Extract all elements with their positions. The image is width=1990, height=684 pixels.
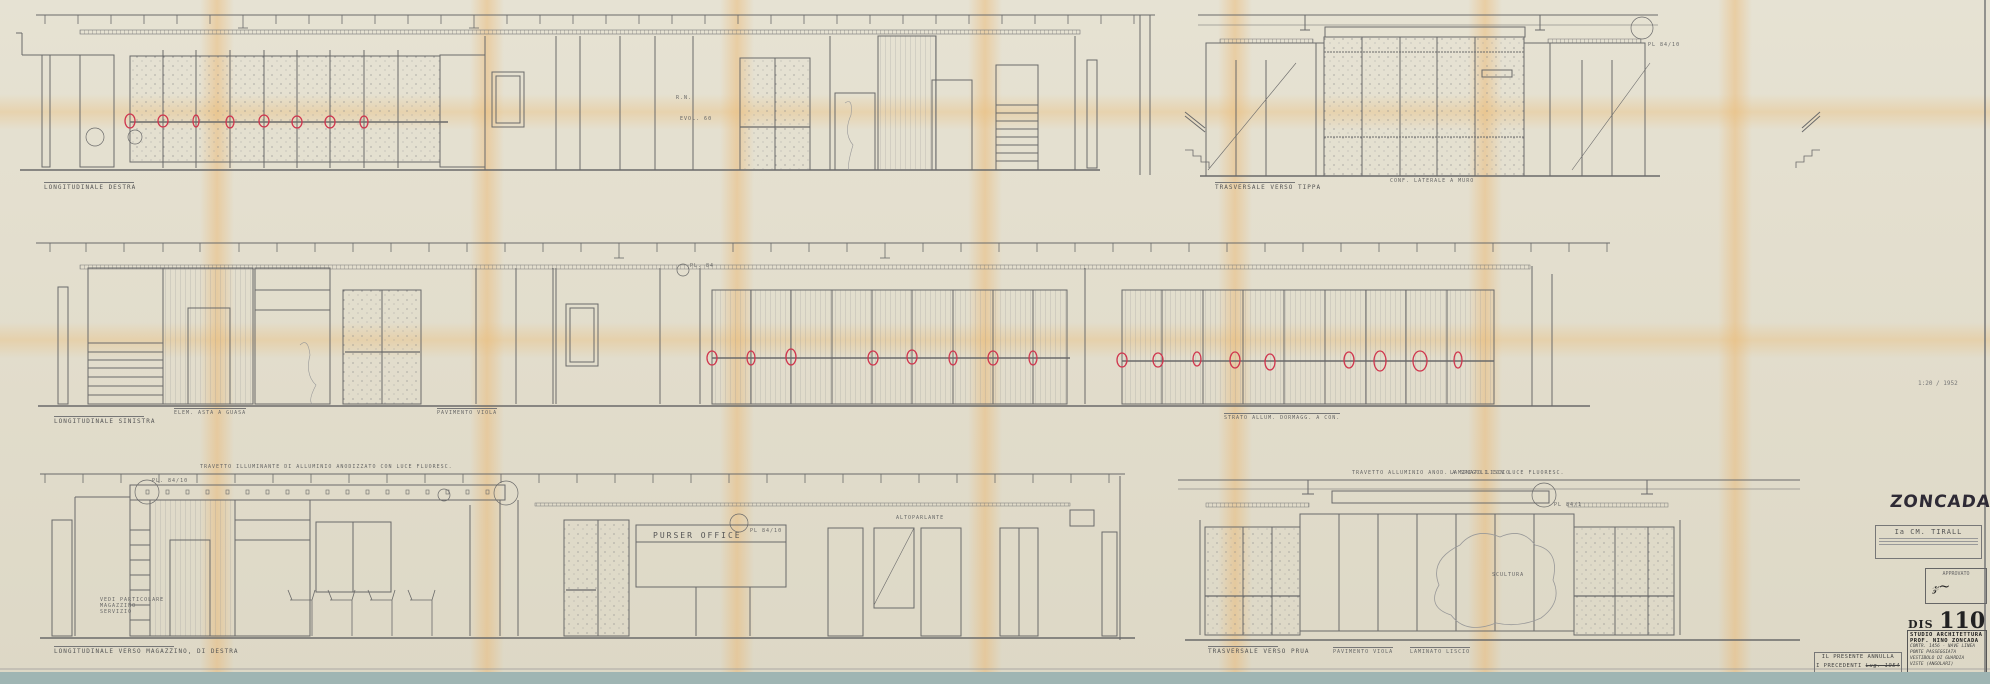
- scan-edge: [0, 672, 1990, 684]
- supersedes-line2: I PRECEDENTI Lug. 1954: [1815, 662, 1901, 671]
- note-travetto-illuminante: TRAVETTO ILLUMINANTE DI ALLUMINIO ANODIZ…: [200, 464, 453, 470]
- stamp-rule: [1879, 541, 1978, 542]
- note-pl-84-10-left: PL. 84/10: [152, 478, 188, 484]
- stamp-rule: [1879, 538, 1978, 539]
- caption-trasversale-verso-tippa: TRASVERSALE VERSO TIPPA: [1215, 182, 1295, 191]
- subcaption-strato-allum: STRATO ALLUM. DORMAGG. A CON.: [1224, 413, 1340, 421]
- studio-desc-line: VISTE (ANGOLARI): [1910, 662, 1984, 668]
- subcaption-elem-asta: ELEM. ASTA A GUASA: [174, 408, 246, 416]
- label-scultura: SCULTURA: [1492, 572, 1524, 578]
- architect-stamp: ZONCADA: [1889, 492, 1990, 512]
- note-pl-84-10: PL 84/10: [750, 528, 782, 534]
- client-stamp: Ia CM. TIRALL: [1875, 525, 1982, 559]
- note-laminato-liscio-top: LAMINATO LISCIO: [1450, 470, 1510, 476]
- client-stamp-text: Ia CM. TIRALL: [1876, 528, 1981, 536]
- stamp-rule: [1879, 544, 1978, 545]
- supersedes-line1: IL PRESENTE ANNULLA: [1815, 653, 1901, 662]
- side-scale-note: 1:20 / 1952: [1918, 380, 1958, 387]
- caption-longitudinale-destra: LONGITUDINALE DESTRA: [44, 182, 134, 191]
- elevation-drawings: [0, 0, 1990, 684]
- note-rn: R.N.: [676, 95, 692, 101]
- approval-stamp: APPROVATO 𝓏~: [1925, 568, 1987, 604]
- note-conf-laterale: CONF. LATERALE A MURO: [1390, 178, 1474, 184]
- note-pl: PL 84/10: [1648, 42, 1680, 48]
- drawing-sheet: LONGITUDINALE DESTRA TRASVERSALE VERSO T…: [0, 0, 1990, 684]
- caption-longitudinale-verso-magazzino: LONGITUDINALE VERSO MAGAZZINO, DI DESTRA: [54, 646, 174, 655]
- caption-trasversale-verso-prua: TRASVERSALE VERSO PRUA: [1208, 646, 1278, 655]
- note-pl-84: PL. 84: [690, 263, 714, 269]
- note-altoparlante: ALTOPARLANTE: [896, 515, 944, 521]
- note-pl-84-1: PL 84/1: [1554, 502, 1582, 508]
- approval-stamp-text: APPROVATO: [1926, 571, 1986, 577]
- sign-purser-office: PURSER OFFICE: [653, 531, 742, 540]
- legend-vedi-particolare: VEDI PARTICOLARE MAGAZZINO SERVIZIO: [100, 597, 164, 615]
- signature: 𝓏~: [1932, 579, 1950, 595]
- subcaption-laminato-liscio: LAMINATO LISCIO: [1410, 647, 1470, 655]
- subcaption-pavimento-viola: PAVIMENTO VIOLA: [437, 408, 497, 416]
- subcaption-pavimento-viola-2: PAVIMENTO VIOLA: [1333, 647, 1393, 655]
- note-evol: EVOL. 60: [680, 116, 712, 122]
- caption-longitudinale-sinistra: LONGITUDINALE SINISTRA: [54, 416, 144, 425]
